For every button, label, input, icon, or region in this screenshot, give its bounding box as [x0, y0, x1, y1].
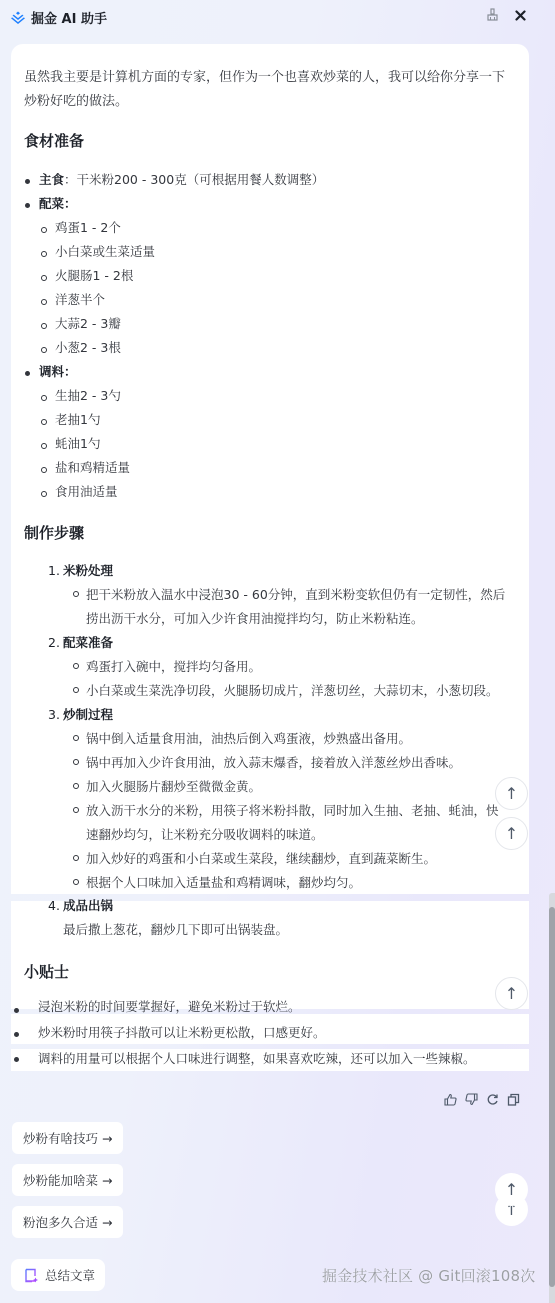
step-detail: 锅中倒入适量食用油，油热后倒入鸡蛋液，炒熟盛出备用。 [86, 727, 411, 751]
step-detail: 把干米粉放入温水中浸泡30 - 60分钟，直到米粉变软但仍有一定韧性，然后捞出沥… [86, 583, 506, 631]
arrow-up-icon: ↑ [505, 1180, 518, 1199]
step-title: 配菜准备 [63, 631, 113, 655]
sub-bullet-icon [41, 299, 47, 305]
step-detail: 小白菜或生菜洗净切段，火腿肠切成片，洋葱切丝，大蒜切末，小葱切段。 [86, 679, 499, 703]
tip-item: 浸泡米粉的时间要掌握好，避免米粉过于软烂。 [38, 995, 301, 1019]
regenerate-button[interactable] [486, 1091, 499, 1104]
feedback-actions [444, 1091, 520, 1104]
copy-button[interactable] [507, 1091, 520, 1104]
sub-bullet-icon [73, 663, 79, 669]
step-title: 米粉处理 [63, 559, 113, 583]
sub-bullet-icon [73, 759, 79, 765]
ingredient-sides-label: 配菜： [39, 192, 77, 216]
step-title: 炒制过程 [63, 703, 113, 727]
bullet-icon [14, 1032, 19, 1037]
sub-bullet-icon [41, 347, 47, 353]
arrow-up-icon: ↑ [505, 784, 518, 803]
seasoning-item: 老抽1勺 [55, 408, 100, 432]
bullet-icon [14, 1008, 19, 1013]
sub-bullet-icon [41, 275, 47, 281]
suggestion-chip[interactable]: 炒粉有啥技巧 → [12, 1122, 123, 1154]
side-item: 洋葱半个 [55, 288, 105, 312]
sub-bullet-icon [73, 807, 79, 813]
sub-bullet-icon [73, 783, 79, 789]
ingredient-staple: 主食：干米粉200 - 300克（可根据用餐人数调整） [39, 168, 324, 192]
seasoning-item: 盐和鸡精适量 [55, 456, 130, 480]
side-item: 大蒜2 - 3瓣 [55, 312, 121, 336]
header-actions [485, 8, 527, 22]
broom-icon [486, 6, 499, 25]
close-icon [515, 6, 526, 25]
step-detail: 放入沥干水分的米粉，用筷子将米粉抖散，同时加入生抽、老抽、蚝油，快速翻炒均匀，让… [86, 799, 506, 847]
section-heading-ingredients: 食材准备 [24, 130, 84, 151]
app-title: 掘金 AI 助手 [31, 8, 107, 27]
step-detail: 加入炒好的鸡蛋和小白菜或生菜段，继续翻炒，直到蔬菜断生。 [86, 847, 436, 871]
step-detail: 最后撒上葱花，翻炒几下即可出锅装盘。 [63, 918, 288, 942]
sub-bullet-icon [41, 227, 47, 233]
side-item: 鸡蛋1 - 2个 [55, 216, 121, 240]
sub-bullet-icon [73, 879, 79, 885]
arrow-up-icon: ↑ [505, 824, 518, 843]
assistant-header: 掘金 AI 助手 [0, 0, 555, 34]
ingredient-seasoning-label: 调料： [39, 360, 77, 384]
sub-bullet-icon [41, 395, 47, 401]
refresh-icon [486, 1091, 499, 1104]
summarize-article-button[interactable]: 总结文章 [11, 1259, 105, 1291]
thumbs-up-icon [444, 1091, 457, 1104]
answer-intro: 虽然我主要是计算机方面的专家，但作为一个也喜欢炒菜的人，我可以给你分享一下炒粉好… [24, 66, 514, 114]
section-heading-tips: 小贴士 [24, 961, 69, 982]
copy-icon [507, 1091, 520, 1104]
step-detail: 锅中再加入少许食用油，放入蒜末爆香，接着放入洋葱丝炒出香味。 [86, 751, 461, 775]
bullet-icon [14, 1057, 19, 1062]
scroll-to-top-button[interactable]: ↑ [495, 777, 528, 810]
tips-block: 浸泡米粉的时间要掌握好，避免米粉过于软烂。 炒米粉时用筷子抖散可以让米粉更松散，… [11, 1014, 529, 1044]
seasoning-item: 生抽2 - 3勺 [55, 384, 121, 408]
bullet-icon [25, 203, 30, 208]
document-summary-icon [24, 1268, 39, 1283]
step-detail: 根据个人口味加入适量盐和鸡精调味，翻炒均匀。 [86, 871, 361, 895]
like-button[interactable] [444, 1091, 457, 1104]
sub-bullet-icon [73, 687, 79, 693]
step-number: 2. [48, 631, 60, 655]
thumbs-down-icon [465, 1091, 478, 1104]
sub-bullet-icon [41, 323, 47, 329]
watermark: 掘金技术社区 @ Git回滚108次 [322, 1265, 535, 1286]
step-number: 4. [48, 894, 60, 918]
scroll-to-top-button[interactable]: ↑ [495, 1173, 528, 1206]
side-item: 小白菜或生菜适量 [55, 240, 155, 264]
sub-bullet-icon [73, 735, 79, 741]
scrollbar-thumb[interactable] [549, 907, 555, 1287]
juejin-logo-icon [10, 9, 26, 25]
bullet-icon [25, 179, 30, 184]
side-item: 火腿肠1 - 2根 [55, 264, 133, 288]
sub-bullet-icon [73, 591, 79, 597]
sub-bullet-icon [73, 855, 79, 861]
suggestion-chip[interactable]: 炒粉能加啥菜 → [12, 1164, 123, 1196]
step-detail: 加入火腿肠片翻炒至微微金黄。 [86, 775, 261, 799]
answer-card: 虽然我主要是计算机方面的专家，但作为一个也喜欢炒菜的人，我可以给你分享一下炒粉好… [11, 44, 529, 894]
summarize-article-label: 总结文章 [45, 1266, 95, 1284]
step-number: 3. [48, 703, 60, 727]
section-heading-steps: 制作步骤 [24, 522, 84, 543]
arrow-up-icon: ↑ [505, 984, 518, 1003]
scroll-to-top-button[interactable]: ↑ [495, 817, 528, 850]
sub-bullet-icon [41, 419, 47, 425]
tip-item: 调料的用量可以根据个人口味进行调整，如果喜欢吃辣，还可以加入一些辣椒。 [38, 1047, 476, 1071]
step-detail: 鸡蛋打入碗中，搅拌均匀备用。 [86, 655, 261, 679]
tip-item: 炒米粉时用筷子抖散可以让米粉更松散，口感更好。 [38, 1021, 326, 1045]
tips-block-last: 调料的用量可以根据个人口味进行调整，如果喜欢吃辣，还可以加入一些辣椒。 [11, 1049, 529, 1071]
bullet-icon [25, 371, 30, 376]
sub-bullet-icon [41, 251, 47, 257]
sub-bullet-icon [41, 443, 47, 449]
seasoning-item: 蚝油1勺 [55, 432, 100, 456]
scroll-to-top-button[interactable]: ↑ [495, 977, 528, 1010]
clear-chat-button[interactable] [485, 8, 499, 22]
suggestion-chip[interactable]: 粉泡多久合适 → [12, 1206, 123, 1238]
sub-bullet-icon [41, 467, 47, 473]
step-number: 1. [48, 559, 60, 583]
answer-card-continued: 4. 成品出锅 最后撒上葱花，翻炒几下即可出锅装盘。 小贴士 [11, 901, 529, 1009]
close-button[interactable] [513, 8, 527, 22]
dislike-button[interactable] [465, 1091, 478, 1104]
side-item: 小葱2 - 3根 [55, 336, 121, 360]
seasoning-item: 食用油适量 [55, 480, 118, 504]
step-title: 成品出锅 [63, 894, 113, 918]
sub-bullet-icon [41, 491, 47, 497]
